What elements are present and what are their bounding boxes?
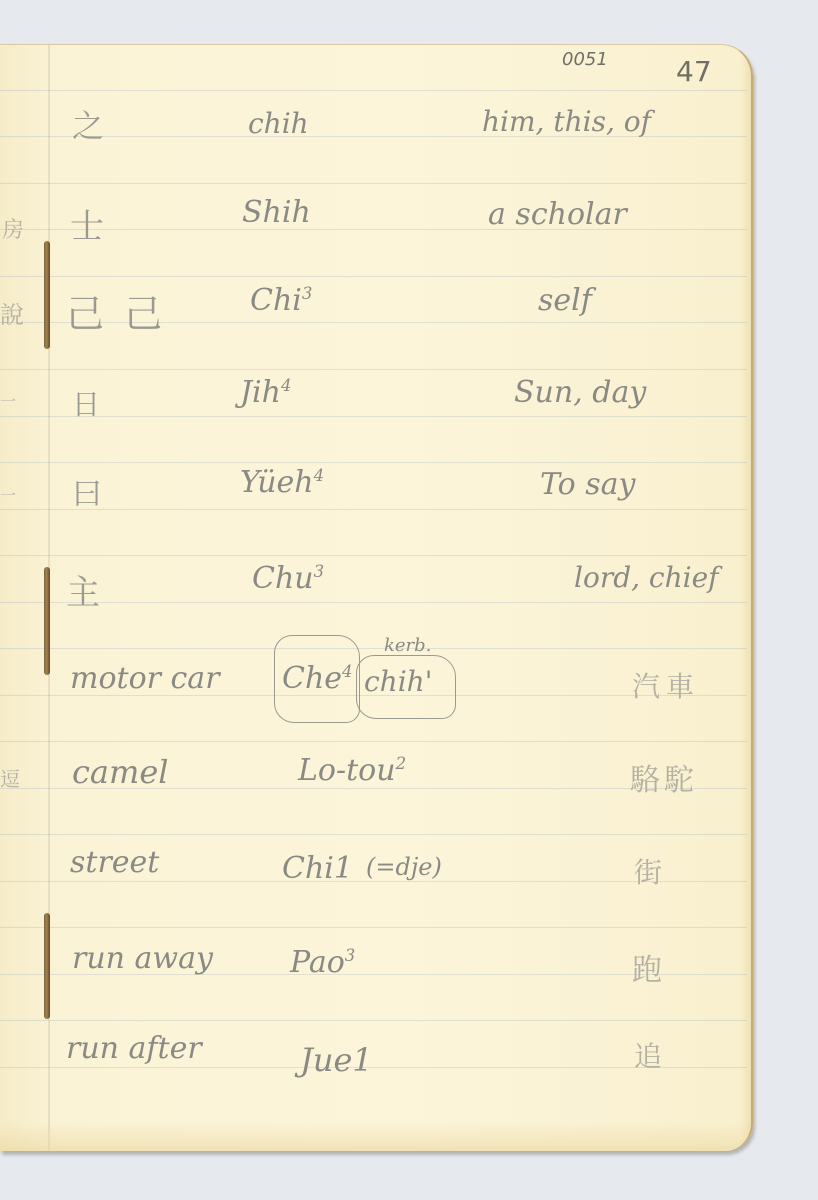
- entry-english: camel: [72, 753, 169, 791]
- page-number: 47: [676, 55, 712, 88]
- ruled-line: [0, 462, 747, 463]
- entry-romanization: Chi3: [250, 283, 312, 318]
- ruled-line: [0, 834, 747, 835]
- facing-page-fragment: 一: [0, 389, 16, 412]
- entry-character: 日: [72, 383, 100, 423]
- facing-page-fragment: 房: [2, 213, 24, 244]
- entry-meaning: a scholar: [488, 197, 627, 232]
- ruled-line: [0, 183, 747, 184]
- ruled-line: [0, 555, 747, 556]
- ruled-line: [0, 602, 747, 603]
- entry-english: motor car: [70, 661, 220, 696]
- entry-note: (=dje): [366, 853, 442, 881]
- entry-character: 主: [66, 565, 100, 614]
- entry-character: 曰: [72, 469, 102, 513]
- entry-character: 駱駝: [630, 755, 698, 799]
- staple: [44, 241, 50, 349]
- ruled-line: [0, 229, 747, 230]
- entry-romanization: Yüeh4: [240, 465, 324, 500]
- entry-meaning: self: [538, 283, 592, 318]
- entry-character: 己 己: [66, 283, 166, 338]
- entry-romanization: Chi1: [282, 851, 353, 886]
- entry-character: 跑: [632, 945, 662, 989]
- entry-english: run after: [66, 1031, 202, 1066]
- entry-romanization: Jih4: [240, 375, 291, 410]
- entry-english: street: [70, 845, 159, 880]
- entry-romanization: Pao3: [290, 945, 355, 980]
- ruled-line: [0, 90, 747, 91]
- facing-page-fragment: 說: [0, 295, 24, 330]
- entry-character: 之: [72, 101, 104, 147]
- entry-romanization: Shih: [242, 195, 311, 230]
- ruled-line: [0, 648, 747, 649]
- entry-meaning: him, this, of: [482, 105, 651, 138]
- entry-meaning: lord, chief: [574, 561, 719, 594]
- entry-annotation: kerb.: [384, 635, 431, 656]
- staple: [44, 567, 50, 675]
- entry-romanization: Jue1: [300, 1041, 373, 1079]
- entry-english: run away: [72, 941, 213, 976]
- ruled-line: [0, 369, 747, 370]
- entry-character: 汽車: [632, 665, 700, 705]
- facing-page-fragment: 逗: [0, 763, 20, 792]
- ruled-line: [0, 509, 747, 510]
- ruled-line: [0, 927, 747, 928]
- entry-character: 士: [70, 199, 104, 248]
- entry-romanization: Lo-tou2: [298, 753, 406, 788]
- entry-character: 追: [634, 1035, 662, 1075]
- staple: [44, 913, 50, 1019]
- facing-page-fragment: 一: [0, 483, 16, 506]
- entry-romanization: Che4: [282, 661, 353, 696]
- entry-romanization: chih: [248, 107, 309, 140]
- notebook-page: 0051 47 房 說 一 一 逗 之 chih him, this, of 士…: [0, 44, 753, 1151]
- archive-number: 0051: [562, 49, 608, 70]
- entry-character: 街: [634, 851, 662, 891]
- ruled-line: [0, 1020, 747, 1021]
- ruled-line: [0, 416, 747, 417]
- entry-romanization: Chu3: [252, 561, 324, 596]
- ruled-line: [0, 276, 747, 277]
- ruled-line: [0, 741, 747, 742]
- entry-meaning: Sun, day: [514, 375, 646, 410]
- entry-alt-romanization: chih': [364, 665, 432, 698]
- entry-meaning: To say: [540, 467, 636, 502]
